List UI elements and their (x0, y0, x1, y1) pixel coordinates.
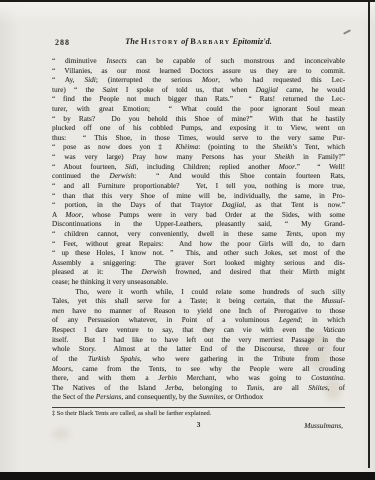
text-line: thus: “ This Shoe, in those Times, would… (52, 133, 345, 143)
signature-row: 3 Mussulmans, (52, 420, 345, 430)
text-line: “ than that this very Shoe of mine will … (52, 191, 345, 201)
text-line: Moors, came from the Tents, to see why t… (52, 364, 345, 374)
page-number: 288 (55, 38, 70, 47)
text-line: of any Persuasion whatever, in Point of … (52, 315, 345, 325)
paragraph-dervish-lecture: “ diminutive Insects can be capable of s… (52, 56, 345, 287)
text-line: continued the Derwish: “ And would this … (52, 171, 345, 181)
scan-edge-bottom (0, 472, 375, 480)
text-line: “ diminutive Insects can be capable of s… (52, 56, 345, 66)
running-header: 288 The History of Barbary Epitomiz'd. (52, 37, 345, 51)
text-line: “ was very large) Pray how many Persons … (52, 152, 345, 162)
body-text: “ diminutive Insects can be capable of s… (52, 56, 345, 402)
footnote: ‡ So their Black Tents are called, as sh… (52, 410, 345, 418)
text-line: plucked off one of his cobbled Pumps, an… (52, 123, 345, 133)
scan-top-light-band (0, 2, 375, 24)
scanned-book-page: 288 The History of Barbary Epitomiz'd. “… (0, 0, 375, 480)
text-line: “ find the People not much bigger than R… (52, 94, 345, 104)
text-line: whole Story. Almost at the latter End of… (52, 344, 345, 354)
text-line: “ portion, in the Days of that Traytor D… (52, 200, 345, 210)
text-line: Tho, were it worth while, I could relate… (52, 287, 345, 297)
text-line: “ children cannot, very conveniently, dw… (52, 229, 345, 239)
text-line: “ up these Holes, I know not. ” This, an… (52, 248, 345, 258)
text-line: there, and with them a Jerbin Merchant, … (52, 373, 345, 383)
text-line: “ Ay, Sidi; (interrupted the serious Moo… (52, 75, 345, 85)
text-line: “ and all Furniture proportionable? Yet,… (52, 181, 345, 191)
text-line: Discontinuations in the Upper-Leathers, … (52, 219, 345, 229)
text-line: Tales, yet this shall serve for a Taste;… (52, 296, 345, 306)
ink-smudge (343, 29, 351, 35)
text-line: A Moor, whose Pumps were in very bad Ord… (52, 210, 345, 220)
text-line: “ by Rats? Do you behold this Shoe of mi… (52, 114, 345, 124)
signature-mark: 3 (52, 420, 345, 429)
footnote-rule (52, 407, 345, 408)
running-title: The History of Barbary Epitomiz'd. (52, 37, 345, 46)
text-line: Respect I dare venture to say, that they… (52, 325, 345, 335)
text-line: men have no manner of Reason to yield on… (52, 306, 345, 316)
text-line: Assembly a sniggering: The graver Sort l… (52, 258, 345, 268)
text-line: “ Villanies, as our most learned Doctors… (52, 66, 345, 76)
text-line: ture) “ the Saint I spoke of told us, th… (52, 85, 345, 95)
text-line: The Natives of the Island Jerba, belongi… (52, 383, 345, 393)
text-line: itself. But I had like to have left out … (52, 335, 345, 345)
paragraph-mussulmen-legends: Tho, were it worth while, I could relate… (52, 287, 345, 402)
text-line: the Sect of the Persians, and consequent… (52, 392, 345, 402)
text-line: “ pose as now does yon ‡ Khèima: (pointi… (52, 142, 345, 152)
catchword: Mussulmans, (304, 421, 343, 430)
text-line: turer, with great Emotion; “ What could … (52, 104, 345, 114)
scan-edge-top (0, 0, 375, 2)
page-text-block: 288 The History of Barbary Epitomiz'd. “… (52, 37, 345, 430)
text-line: cease; he thinking it very unseasonable. (52, 277, 345, 287)
text-line: of the Turkish Spahis, who were gatherin… (52, 354, 345, 364)
text-line: “ Feet, without great Repairs: And how t… (52, 239, 345, 249)
text-line: “ About fourteen, Sidi, including Childr… (52, 162, 345, 172)
text-line: pleased at it: The Derwish frowned, and … (52, 267, 345, 277)
scan-edge-right (368, 2, 370, 468)
